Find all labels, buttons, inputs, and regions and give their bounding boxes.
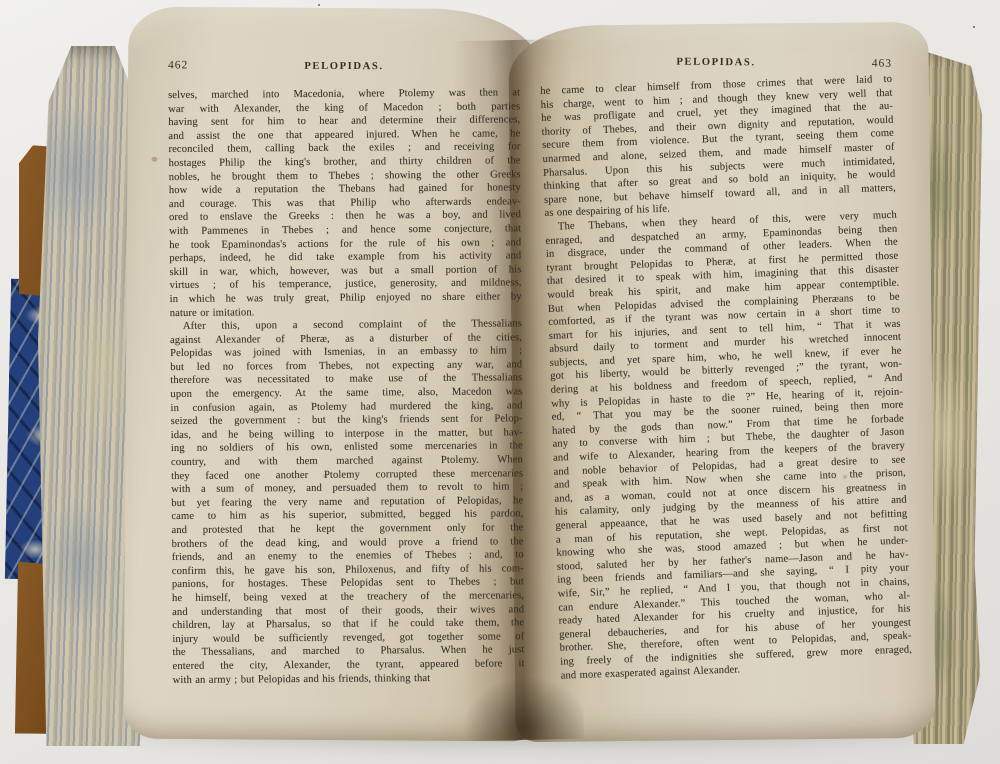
running-head: PELOPIDAS. (232, 61, 456, 73)
left-page-text: 462 PELOPIDAS. selves, marched into Mace… (168, 60, 520, 687)
text-line: entered the city, Alexander, the tyrant,… (172, 657, 524, 673)
running-head: PELOPIDAS. (604, 56, 828, 69)
left-page-body: selves, marched into Macedonia, where Pt… (168, 86, 525, 687)
fox-spot (151, 157, 157, 162)
page-number: 463 (828, 57, 892, 70)
left-page-header: 462 PELOPIDAS. (168, 59, 520, 72)
right-page-header: PELOPIDAS. 463 (540, 54, 892, 70)
text-line: with an army ; but Pelopidas and his fri… (173, 671, 525, 687)
page-header-spacer (540, 63, 604, 64)
dust-speck (973, 26, 975, 28)
dust-speck (318, 4, 320, 6)
photo-of-open-book: 462 PELOPIDAS. selves, marched into Mace… (0, 0, 1000, 764)
right-page-body: he came to clear himself from those crim… (540, 73, 913, 683)
right-page-text: PELOPIDAS. 463 he came to clear himself … (540, 56, 892, 683)
text-line: in which he was truly great, Philip enjo… (170, 290, 522, 306)
page-number: 462 (168, 59, 232, 71)
